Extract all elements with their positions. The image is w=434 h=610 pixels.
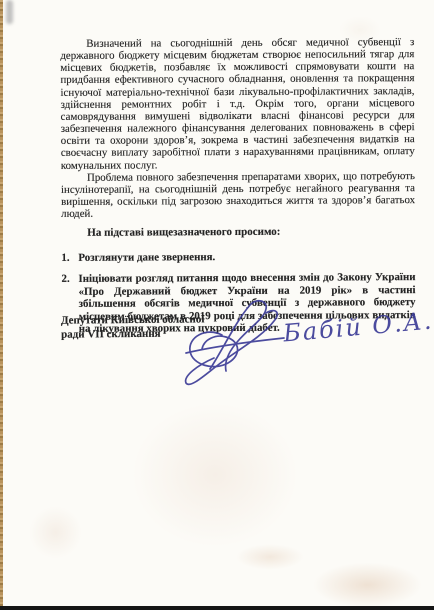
paragraph-medical-subvention: Визначений на сьогоднішній день обсяг ме… [60,36,415,172]
paper-stain [100,375,330,575]
scanned-letter-page: Визначений на сьогоднішній день обсяг ме… [0,0,434,610]
request-item-number: 1. [61,252,69,265]
paper-stain [295,555,434,610]
letter-body: Визначений на сьогоднішній день обсяг ме… [60,36,416,336]
paragraph-insulin-problem: Проблема повного забезпечення препаратам… [61,170,415,220]
request-item-number: 2. [61,273,69,286]
signature-scribble [176,297,294,397]
paper-stain [225,540,315,574]
paper-stain [18,495,93,570]
request-item-text: Розглянути дане звернення. [78,251,215,264]
request-item-1: 1. Розглянути дане звернення. [61,250,415,264]
scan-edge-bottom [0,606,434,610]
scan-edge-left [0,0,3,610]
request-heading: На підставі вищезазначеного просимо: [61,225,415,239]
scan-corner-mark [6,0,13,24]
